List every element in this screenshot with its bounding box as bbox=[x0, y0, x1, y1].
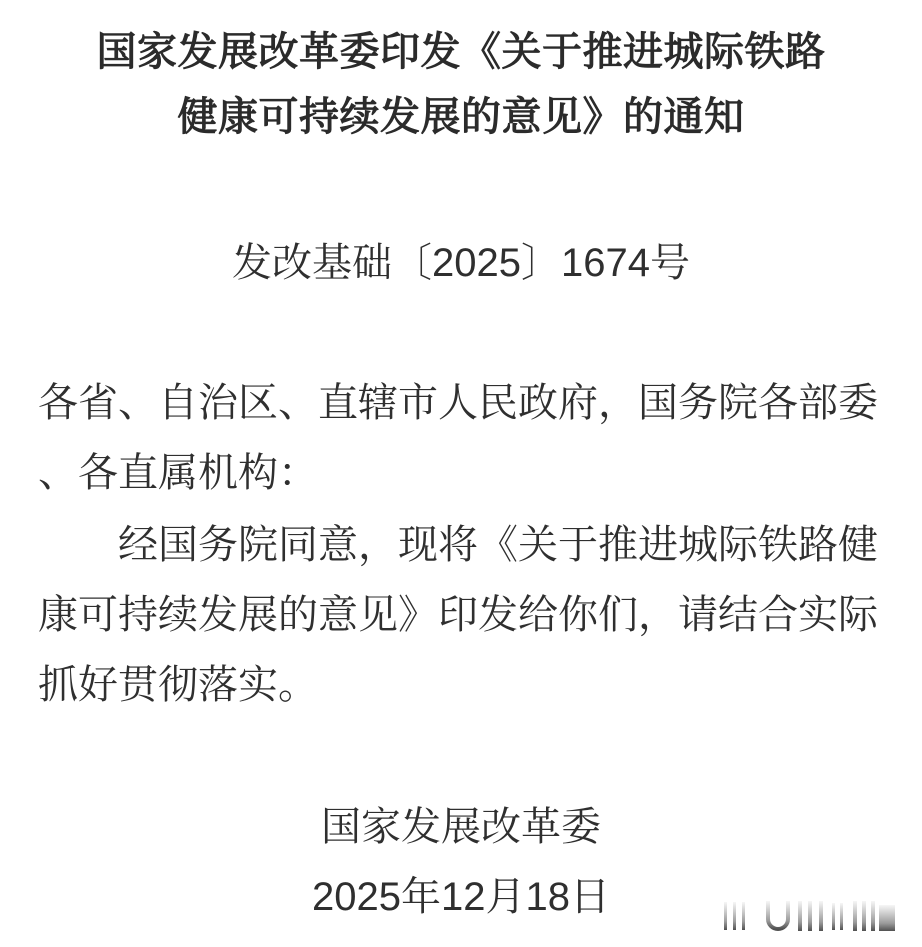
notice-document: 国家发展改革委印发《关于推进城际铁路 健康可持续发展的意见》的通知 发改基础〔2… bbox=[0, 0, 922, 932]
issuer-signature: 国家发展改革委 bbox=[38, 792, 884, 862]
title-line-2: 健康可持续发展的意见》的通知 bbox=[38, 85, 884, 150]
document-number: 发改基础〔2025〕1674号 bbox=[38, 240, 884, 286]
body-line-2: 康可持续发展的意见》印发给你们，请结合实际 bbox=[38, 580, 884, 650]
title-line-1: 国家发展改革委印发《关于推进城际铁路 bbox=[38, 20, 884, 85]
body-line-3: 抓好贯彻落实。 bbox=[38, 650, 884, 720]
salutation-line-2: 、各直属机构： bbox=[38, 438, 884, 508]
document-title: 国家发展改革委印发《关于推进城际铁路 健康可持续发展的意见》的通知 bbox=[38, 20, 884, 150]
salutation-line-1: 各省、自治区、直辖市人民政府，国务院各部委 bbox=[38, 368, 884, 438]
issue-date: 2025年12月18日 bbox=[38, 862, 884, 932]
body-paragraph: 经国务院同意，现将《关于推进城际铁路健 康可持续发展的意见》印发给你们，请结合实… bbox=[38, 510, 884, 720]
salutation-paragraph: 各省、自治区、直辖市人民政府，国务院各部委 、各直属机构： bbox=[38, 368, 884, 508]
body-line-1: 经国务院同意，现将《关于推进城际铁路健 bbox=[38, 510, 884, 580]
